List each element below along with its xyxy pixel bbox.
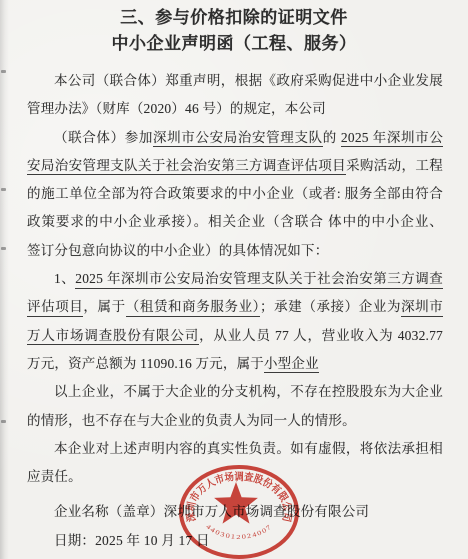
scan-artifact (1, 247, 6, 250)
body-text-segment: 本企业对上述声明内容的真实性负责。如有虚假，将依法承担相 (54, 441, 443, 456)
body-text-segment: 企业名称（盖章）深圳市万人市场调查股份有限公司 (54, 504, 369, 519)
body-text-segment: 政策要求的中小企业承接）。相关企业（含联合 体中的中小企业、 (27, 214, 443, 229)
body-line: 本公司（联合体）郑重声明，根据《政府采购促进中小企业发展 (27, 67, 443, 95)
body-line: 企业名称（盖章）深圳市万人市场调查股份有限公司 (27, 498, 443, 526)
body-text-segment: 1、 (54, 271, 75, 286)
scan-artifact (1, 420, 6, 423)
underlined-text: 2025 年深圳市公安局治安管理支队关于社会治安第三方调查 (75, 271, 443, 289)
underlined-text: 安局治安管理支队关于社会治安第三方调查评估项目 (27, 158, 346, 176)
body-line: 安局治安管理支队关于社会治安第三方调查评估项目采购活动，工程 (27, 152, 443, 180)
body-line: 的施工单位全部为符合政策要求的中小企业（或者: 服务全部由符合 (27, 180, 443, 208)
body-line: 管理办法》（财库（2020）46 号）的规定，本公司 (27, 95, 443, 123)
underlined-text: 深圳市 (401, 299, 443, 317)
body-text-segment: ；承建（承接）企业为 (260, 299, 401, 314)
body-text-segment: ，属于 (83, 299, 125, 314)
body-text-segment: 的 (323, 130, 341, 145)
body-text-segment: 日期：2025 年 10 月 17 日 (54, 533, 210, 548)
body-line: （联合体）参加深圳市公安局治安管理支队的 2025 年深圳市公 (27, 124, 443, 152)
body-line: 本企业对上述声明内容的真实性负责。如有虚假，将依法承担相 (27, 435, 443, 463)
body-text-segment: ，从业人员 77 人，营业收入为 4032.77 (199, 328, 443, 343)
body-text-segment: 采购活动，工程 (346, 158, 443, 173)
body-line: 政策要求的中小企业承接）。相关企业（含联合 体中的中小企业、 (27, 208, 443, 236)
body-text-segment: （联合体）参加 (54, 130, 153, 145)
underlined-text: 深圳市公安局治安管理支队 (153, 130, 323, 148)
underlined-text: 万人市场调查股份有限公司 (27, 328, 199, 346)
body-text-segment: 万元，资产总额为 11090.16 万元，属于 (27, 356, 264, 371)
body-text-segment: 应责任。 (27, 469, 82, 484)
body-text-segment: 签订分包意向协议的中小企业）的具体情况如下： (27, 243, 328, 258)
body-text-segment: 的施工单位全部为符合政策要求的中小企业（或者: 服务全部由符合 (27, 186, 443, 201)
body-text-segment: 管理办法》（财库（2020）46 号）的规定，本公司 (27, 101, 326, 116)
body-line: 应责任。 (27, 463, 443, 491)
body-text-segment: 本公司（联合体）郑重声明，根据《政府采购促进中小企业发展 (54, 73, 443, 88)
body-line: 日期：2025 年 10 月 17 日 (27, 527, 443, 555)
document-page: 三、参与价格扣除的证明文件 中小企业声明函（工程、服务） 本公司（联合体）郑重声… (0, 0, 468, 559)
underlined-text: 评估项目 (27, 299, 83, 317)
document-title: 中小企业声明函（工程、服务） (0, 29, 468, 54)
body-text-segment: 的情形，也不存在与大企业的负责人为同一人的情形。 (27, 413, 356, 428)
body-line: 万元，资产总额为 11090.16 万元，属于小型企业 (27, 350, 443, 378)
underlined-text: 小型企业 (264, 356, 319, 374)
document-body: 本公司（联合体）郑重声明，根据《政府采购促进中小企业发展管理办法》（财库（202… (27, 67, 443, 555)
body-line: 1、2025 年深圳市公安局治安管理支队关于社会治安第三方调查 (27, 265, 443, 293)
underlined-text: 2025 年深圳市公 (341, 130, 443, 148)
body-line: 的情形，也不存在与大企业的负责人为同一人的情形。 (27, 407, 443, 435)
body-text-segment: 以上企业，不属于大企业的分支机构，不存在控股股东为大企业 (54, 384, 443, 399)
scan-artifact (1, 188, 6, 191)
body-line: 万人市场调查股份有限公司，从业人员 77 人，营业收入为 4032.77 (27, 322, 443, 350)
body-line: 签订分包意向协议的中小企业）的具体情况如下： (27, 237, 443, 265)
body-line: 以上企业，不属于大企业的分支机构，不存在控股股东为大企业 (27, 378, 443, 406)
body-line: 评估项目，属于（租赁和商务服务业）；承建（承接）企业为深圳市 (27, 293, 443, 321)
section-title: 三、参与价格扣除的证明文件 (0, 3, 468, 28)
scan-artifact (1, 70, 6, 73)
underlined-text: （租赁和商务服务业） (126, 299, 260, 317)
